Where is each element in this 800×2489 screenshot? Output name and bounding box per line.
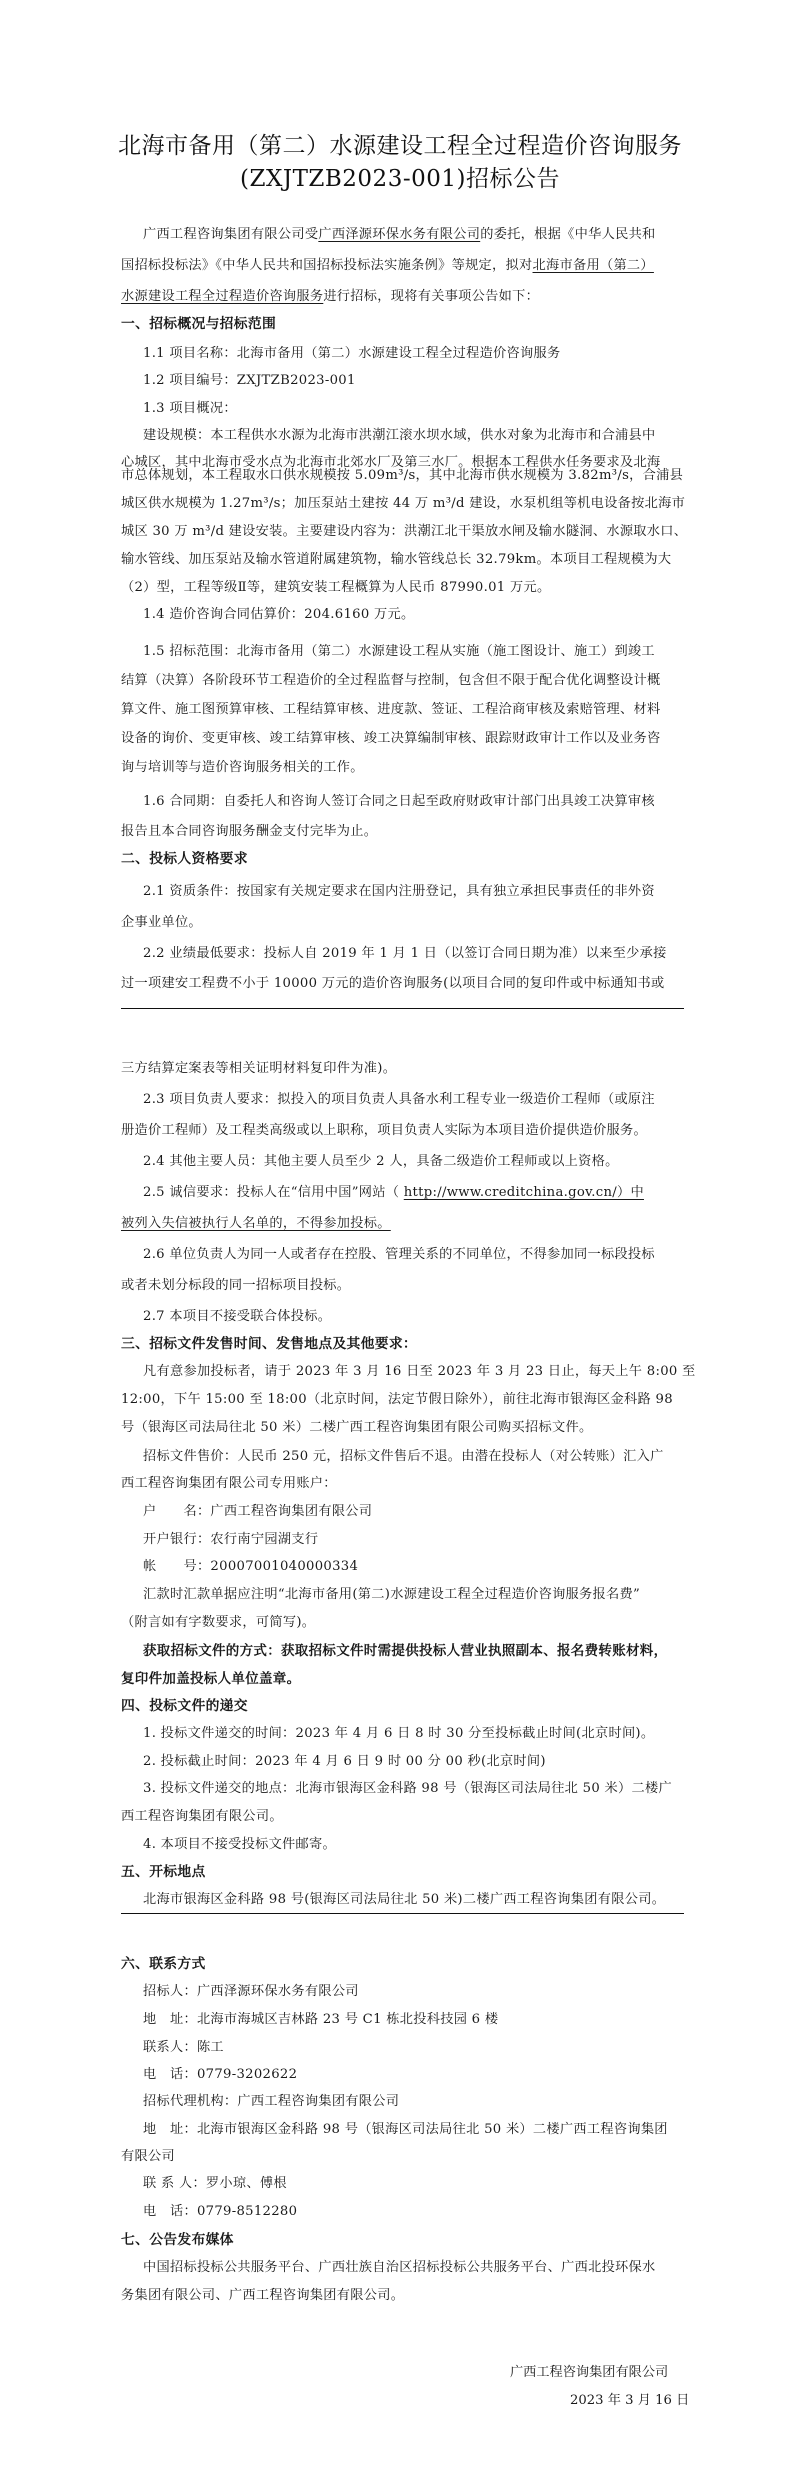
item-2-1-line: 2.1 资质条件：按国家有关规定要求在国内注册登记，具有独立承担民事责任的非外资 [143, 883, 681, 901]
section-2-heading: 二、投标人资格要求 [121, 850, 681, 868]
item-2-2-line: 过一项建安工程费不小于 10000 万元的造价咨询服务(以项目合同的复印件或中标… [121, 975, 681, 993]
section-4-heading: 四、投标文件的递交 [121, 1697, 681, 1715]
sale-line: 号（银海区司法局往北 50 米）二楼广西工程咨询集团有限公司购买招标文件。 [121, 1419, 681, 1437]
section-7-heading: 七、公告发布媒体 [121, 2231, 681, 2249]
remit-line: 汇款时汇款单据应注明“北海市备用(第二)水源建设工程全过程造价咨询服务报名费” [143, 1586, 681, 1604]
item-1-6-line: 1.6 合同期：自委托人和咨询人签订合同之日起至政府财政审计部门出具竣工决算审核 [143, 793, 681, 811]
account-name: 户 名：广西工程咨询集团有限公司 [143, 1503, 681, 1521]
signature-date: 2023 年 3 月 16 日 [570, 2392, 689, 2410]
intro-text: 广西工程咨询集团有限公司受 [143, 227, 318, 242]
item-2-3-line: 2.3 项目负责人要求：拟投入的项目负责人具备水利工程专业一级造价工程师（或原注 [143, 1091, 681, 1109]
submission-item-1: 1. 投标文件递交的时间：2023 年 4 月 6 日 8 时 30 分至投标截… [143, 1725, 681, 1743]
remit-line: （附言如有字数要求，可简写)。 [121, 1614, 681, 1632]
scale-line: 输水管线、加压泵站及输水管道附属建筑物，输水管线总长 32.79km。本项目工程… [121, 551, 681, 569]
item-1-5-line: 设备的询价、变更审核、竣工结算审核、竣工决算编制审核、跟踪财政审计工作以及业务咨 [121, 730, 681, 748]
section-3-heading: 三、招标文件发售时间、发售地点及其他要求： [121, 1335, 681, 1353]
intro-line-3: 水源建设工程全过程造价咨询服务进行招标，现将有关事项公告如下： [121, 288, 681, 306]
page-break-rule [121, 1913, 684, 1914]
submission-item-4: 4. 本项目不接受投标文件邮寄。 [143, 1836, 681, 1854]
section-5-heading: 五、开标地点 [121, 1863, 681, 1881]
section-6-heading: 六、联系方式 [121, 1955, 681, 1973]
item-2-3-line: 册造价工程师）及工程类高级或以上职称，项目负责人实际为本项目造价提供造价服务。 [121, 1122, 681, 1140]
item-2-4: 2.4 其他主要人员：其他主要人员至少 2 人，具备二级造价工程师或以上资格。 [143, 1153, 681, 1171]
obtain-line: 获取招标文件的方式：获取招标文件时需提供投标人营业执照副本、报名费转账材料， [143, 1642, 681, 1660]
item-2-5-line-2: 被列入失信被执行人名单的，不得参加投标。 [121, 1215, 681, 1233]
tenderer: 招标人：广西泽源环保水务有限公司 [143, 1983, 681, 2001]
submission-item-3-line: 3. 投标文件递交的地点：北海市银海区金科路 98 号（银海区司法局往北 50 … [143, 1780, 681, 1798]
item-1-5-line: 1.5 招标范围：北海市备用（第二）水源建设工程从实施（施工图设计、施工）到竣工 [143, 643, 681, 661]
item-2-5-text: 2.5 诚信要求：投标人在“信用中国”网站（ [143, 1185, 404, 1200]
document-title-line-2: (ZXJTZB2023-001)招标公告 [0, 163, 800, 195]
submission-item-2: 2. 投标截止时间：2023 年 4 月 6 日 9 时 00 分 00 秒(北… [143, 1753, 681, 1771]
scale-line: 城区供水规模为 1.27m³/s；加压泵站土建按 44 万 m³/d 建设，水泵… [121, 495, 681, 513]
item-2-1-line: 企事业单位。 [121, 914, 681, 932]
project-name-underlined: 水源建设工程全过程造价咨询服务 [121, 289, 323, 304]
section-1-heading: 一、招标概况与招标范围 [121, 315, 681, 333]
agency-address-line: 地 址：北海市银海区金科路 98 号（银海区司法局往北 50 米）二楼广西工程咨… [143, 2121, 681, 2139]
item-2-5-line-1: 2.5 诚信要求：投标人在“信用中国”网站（ http://www.credit… [143, 1184, 681, 1202]
price-line: 西工程咨询集团有限公司专用账户： [121, 1475, 681, 1493]
item-2-2-line: 2.2 业绩最低要求：投标人自 2019 年 1 月 1 日（以签订合同日期为准… [143, 945, 681, 963]
account-number: 帐 号：20007001040000334 [143, 1558, 681, 1576]
tenderer-name-underlined: 广西泽源环保水务有限公司 [318, 227, 480, 242]
scale-line: （2）型，工程等级Ⅱ等，建筑安装工程概算为人民币 87990.01 万元。 [121, 579, 681, 597]
intro-line-1: 广西工程咨询集团有限公司受广西泽源环保水务有限公司的委托，根据《中华人民共和 [143, 226, 681, 244]
media-line: 务集团有限公司、广西工程咨询集团有限公司。 [121, 2287, 681, 2305]
media-line: 中国招标投标公共服务平台、广西壮族自治区招标投标公共服务平台、广西北投环保水 [143, 2259, 681, 2277]
agency-address-line: 有限公司 [121, 2148, 681, 2166]
intro-text: 国招标投标法》《中华人民共和国招标投标法实施条例》等规定，拟对 [121, 258, 533, 273]
price-line: 招标文件售价：人民币 250 元，招标文件售后不退。由潜在投标人（对公转账）汇入… [143, 1448, 681, 1466]
submission-item-3-line: 西工程咨询集团有限公司。 [121, 1808, 681, 1826]
intro-line-2: 国招标投标法》《中华人民共和国招标投标法实施条例》等规定，拟对北海市备用（第二） [121, 257, 681, 275]
signature-company: 广西工程咨询集团有限公司 [510, 2364, 668, 2382]
scale-line: 建设规模：本工程供水水源为北海市洪潮江滚水坝水域，供水对象为北海市和合浦县中 [143, 427, 681, 445]
item-1-4: 1.4 造价咨询合同估算价：204.6160 万元。 [143, 606, 681, 624]
item-1-1: 1.1 项目名称：北海市备用（第二）水源建设工程全过程造价咨询服务 [143, 345, 681, 363]
item-1-3: 1.3 项目概况： [143, 400, 681, 418]
sale-line: 凡有意参加投标者，请于 2023 年 3 月 16 日至 2023 年 3 月 … [143, 1363, 681, 1381]
tenderer-phone: 电 话：0779-3202622 [143, 2066, 681, 2084]
scale-line: 城区 30 万 m³/d 建设安装。主要建设内容为：洪潮江北干渠放水闸及输水隧洞… [121, 523, 681, 541]
item-1-2: 1.2 项目编号：ZXJTZB2023-001 [143, 372, 681, 390]
creditchina-link[interactable]: http://www.creditchina.gov.cn/）中 [404, 1185, 644, 1200]
tenderer-contact: 联系人：陈工 [143, 2039, 681, 2057]
item-2-2-line: 三方结算定案表等相关证明材料复印件为准)。 [121, 1060, 681, 1078]
item-1-6-line: 报告且本合同咨询服务酬金支付完毕为止。 [121, 823, 681, 841]
agency: 招标代理机构：广西工程咨询集团有限公司 [143, 2093, 681, 2111]
item-1-5-line: 询与培训等与造价咨询服务相关的工作。 [121, 759, 681, 777]
intro-text: 进行招标，现将有关事项公告如下： [323, 289, 539, 304]
item-2-7: 2.7 本项目不接受联合体投标。 [143, 1308, 681, 1326]
tenderer-address: 地 址：北海市海城区吉林路 23 号 C1 栋北投科技园 6 楼 [143, 2011, 681, 2029]
obtain-line: 复印件加盖投标人单位盖章。 [121, 1670, 681, 1688]
item-2-6-line: 或者未划分标段的同一招标项目投标。 [121, 1277, 681, 1295]
account-bank: 开户银行：农行南宁园湖支行 [143, 1531, 681, 1549]
announcement-document: 北海市备用（第二）水源建设工程全过程造价咨询服务 (ZXJTZB2023-001… [0, 0, 800, 2489]
document-title-line-1: 北海市备用（第二）水源建设工程全过程造价咨询服务 [0, 130, 800, 162]
project-name-underlined: 北海市备用（第二） [533, 258, 654, 273]
agency-contact: 联 系 人：罗小琼、傅根 [143, 2175, 681, 2193]
page-break-rule [121, 1008, 684, 1009]
sale-line: 12:00，下午 15:00 至 18:00（北京时间，法定节假日除外），前往北… [121, 1391, 681, 1409]
intro-text: 的委托，根据《中华人民共和 [480, 227, 655, 242]
item-2-6-line: 2.6 单位负责人为同一人或者存在控股、管理关系的不同单位，不得参加同一标段投标 [143, 1246, 681, 1264]
opening-location: 北海市银海区金科路 98 号(银海区司法局往北 50 米)二楼广西工程咨询集团有… [143, 1891, 681, 1909]
scale-line: 市总体规划，本工程取水口供水规模按 5.09m³/s，其中北海市供水规模为 3.… [121, 467, 681, 485]
item-1-5-line: 算文件、施工图预算审核、工程结算审核、进度款、签证、工程洽商审核及索赔管理、材料 [121, 701, 681, 719]
agency-phone: 电 话：0779-8512280 [143, 2203, 681, 2221]
item-1-5-line: 结算（决算）各阶段环节工程造价的全过程监督与控制，包含但不限于配合优化调整设计概 [121, 672, 681, 690]
